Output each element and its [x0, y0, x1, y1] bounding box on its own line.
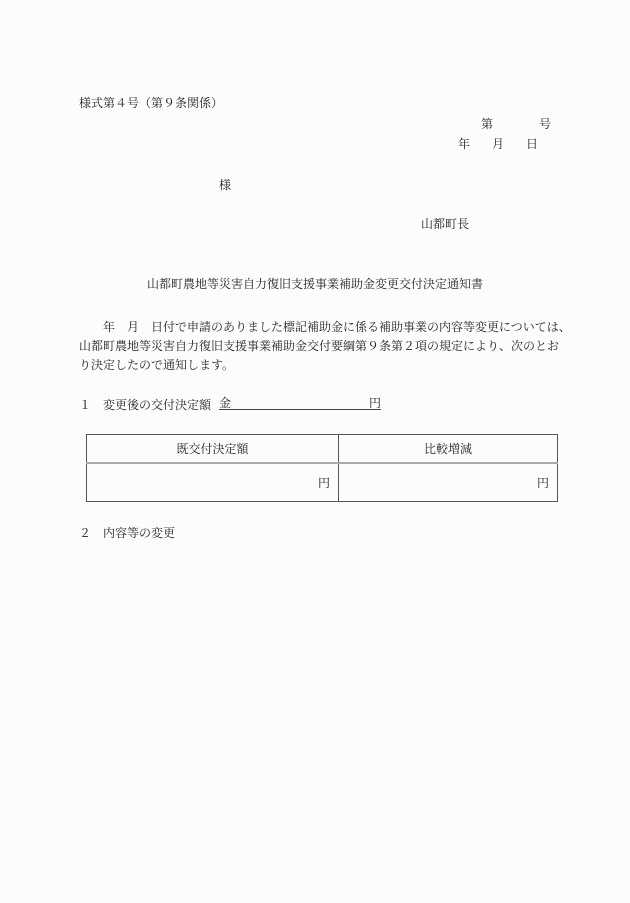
section-1-heading: １変更後の交付決定額: [79, 398, 211, 412]
revised-amount-field: 金 円: [219, 396, 381, 410]
section-1-label: 変更後の交付決定額: [103, 398, 211, 412]
form-label: 様式第４号（第９条関係）: [79, 96, 223, 110]
header-previous-amount: 既交付決定額: [87, 435, 339, 464]
body-line-3: り決定したので通知します。: [79, 356, 559, 375]
body-paragraph: 年月日付で申請のありました標記補助金に係る補助事業の内容等変更については、 山都…: [79, 318, 559, 375]
issuer-name: 山都町長: [421, 217, 469, 231]
table-row: 円 円: [87, 463, 558, 502]
body-line-1-text: 日付で申請のありました標記補助金に係る補助事業の内容等変更については、: [151, 320, 571, 334]
date-day: 日: [526, 137, 538, 151]
cell-difference: 円: [339, 463, 558, 502]
amount-comparison-table: 既交付決定額 比較増減 円 円: [86, 434, 558, 502]
date-month: 月: [492, 137, 504, 151]
document-title: 山都町農地等災害自力復旧支援事業補助金変更交付決定通知書: [0, 277, 630, 291]
section-1-number: １: [79, 398, 103, 412]
amount-prefix: 金: [219, 396, 231, 410]
cell-previous-amount: 円: [87, 463, 339, 502]
issue-date: 年月日: [458, 137, 538, 151]
section-2-heading: ２内容等の変更: [79, 526, 175, 540]
recipient-honorific: 様: [219, 178, 231, 192]
body-year: 年: [103, 320, 115, 334]
doc-number-suffix: 号: [539, 117, 551, 131]
body-line-2: 山都町農地等災害自力復旧支援事業補助金交付要綱第９条第２項の規定により、次のとお: [79, 337, 559, 356]
section-2-label: 内容等の変更: [103, 526, 175, 540]
table-header-row: 既交付決定額 比較増減: [87, 435, 558, 464]
body-month: 月: [127, 320, 139, 334]
amount-unit: 円: [369, 396, 381, 410]
section-2-number: ２: [79, 526, 103, 540]
doc-number-prefix: 第: [481, 117, 493, 131]
date-year: 年: [458, 137, 470, 151]
header-difference: 比較増減: [339, 435, 558, 464]
document-number: 第号: [481, 117, 551, 131]
body-line-1: 年月日付で申請のありました標記補助金に係る補助事業の内容等変更については、: [79, 318, 559, 337]
